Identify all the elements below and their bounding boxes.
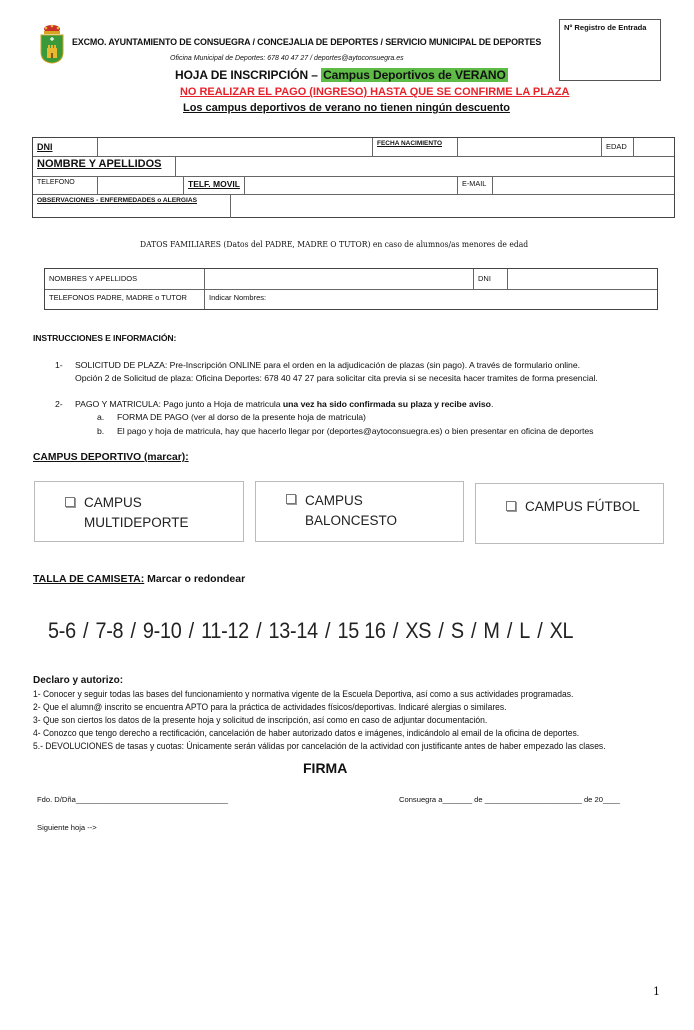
parent-dni-field[interactable] xyxy=(508,269,657,289)
size-separator: / xyxy=(438,618,443,643)
campus-option-label-line1: CAMPUS xyxy=(305,491,363,511)
declaration-item: 3- Que son ciertos los datos de la prese… xyxy=(33,715,487,725)
phone-label: TELEFONO xyxy=(33,177,79,188)
instruction-2-plain: PAGO Y MATRICULA: Pago junto a Hoja de m… xyxy=(75,399,283,409)
shirt-size-option[interactable]: 9-10 xyxy=(143,618,182,643)
page-title: HOJA DE INSCRIPCIÓN – Campus Deportivos … xyxy=(175,68,508,82)
registry-box: Nº Registro de Entrada xyxy=(559,19,661,81)
dni-label: DNI xyxy=(33,140,57,154)
phone-field[interactable] xyxy=(98,177,183,194)
shirt-size-option[interactable]: 7-8 xyxy=(95,618,123,643)
indicate-names-hint: Indicar Nombres: xyxy=(209,293,266,302)
instruction-2-text: PAGO Y MATRICULA: Pago junto a Hoja de m… xyxy=(75,399,493,409)
payment-warning: NO REALIZAR EL PAGO (INGRESO) HASTA QUE … xyxy=(180,86,569,98)
instruction-2a-letter: a. xyxy=(97,412,104,422)
shirt-size-options: 5-6/7-8/9-10/11-12/13-14/15 16/XS/S/M/L/… xyxy=(48,618,581,644)
dni-field[interactable] xyxy=(98,138,372,156)
shirt-size-option[interactable]: 13-14 xyxy=(269,618,318,643)
shirt-heading-rest: Marcar o redondear xyxy=(144,573,245,585)
declaration-item: 2- Que el alumn@ inscrito se encuentra A… xyxy=(33,702,507,712)
organization-name: EXCMO. AYUNTAMIENTO DE CONSUEGRA / CONCE… xyxy=(72,37,541,48)
parent-phones-field[interactable]: Indicar Nombres: xyxy=(205,291,657,309)
campus-option-label-line2: BALONCESTO xyxy=(305,511,397,531)
campus-option-baloncesto[interactable]: CAMPUS BALONCESTO xyxy=(255,481,464,542)
page-number: 1 xyxy=(653,985,660,998)
shirt-size-option[interactable]: XS xyxy=(405,618,431,643)
checkbox-icon[interactable] xyxy=(65,497,75,507)
shirt-size-heading: TALLA DE CAMISETA: Marcar o redondear xyxy=(33,573,245,585)
registry-label: Nº Registro de Entrada xyxy=(564,23,647,32)
family-table: NOMBRES Y APELLIDOS DNI TELEFONOS PADRE,… xyxy=(44,268,658,310)
size-separator: / xyxy=(130,618,135,643)
instruction-2-number: 2- xyxy=(55,399,63,409)
size-separator: / xyxy=(537,618,542,643)
signature-heading: FIRMA xyxy=(303,760,347,776)
office-contact: Oficina Municipal de Deportes: 678 40 47… xyxy=(170,55,404,62)
instruction-1-line2: Opción 2 de Solicitud de plaza: Oficina … xyxy=(75,373,598,383)
next-page-note: Siguiente hoja --> xyxy=(37,823,97,832)
instruction-2-end: . xyxy=(491,399,493,409)
no-discount-notice: Los campus deportivos de verano no tiene… xyxy=(183,102,510,114)
birth-date-label: FECHA NACIMIENTO xyxy=(373,138,446,149)
birth-date-field[interactable] xyxy=(458,138,601,156)
declaration-item: 1- Conocer y seguir todas las bases del … xyxy=(33,689,573,699)
age-label: EDAD xyxy=(602,140,631,153)
student-table: DNI FECHA NACIMIENTO EDAD NOMBRE Y APELL… xyxy=(32,137,675,218)
checkbox-icon[interactable] xyxy=(506,501,516,511)
size-separator: / xyxy=(325,618,330,643)
parent-dni-label: DNI xyxy=(474,272,495,285)
signed-by-field[interactable]: Fdo. D/Dña______________________________… xyxy=(37,795,228,804)
instruction-2-bold: una vez ha sido confirmada su plaza y re… xyxy=(283,399,491,409)
campus-option-multideporte[interactable]: CAMPUS MULTIDEPORTE xyxy=(34,481,244,542)
instruction-2b-letter: b. xyxy=(97,426,104,436)
shirt-heading-underlined: TALLA DE CAMISETA: xyxy=(33,573,144,585)
instruction-1-number: 1- xyxy=(55,360,63,370)
mobile-label: TELF. MOVIL xyxy=(184,177,244,191)
instructions-heading: INSTRUCCIONES E INFORMACIÓN: xyxy=(33,333,176,343)
place-date-field[interactable]: Consuegra a_______ de __________________… xyxy=(399,795,620,804)
parent-names-label: NOMBRES Y APELLIDOS xyxy=(45,272,141,285)
campus-option-label-line1: CAMPUS FÚTBOL xyxy=(525,497,640,517)
parent-names-field[interactable] xyxy=(205,269,473,289)
email-label: E-MAIL xyxy=(458,177,490,190)
campus-option-futbol[interactable]: CAMPUS FÚTBOL xyxy=(475,483,664,544)
shirt-size-option[interactable]: 5-6 xyxy=(48,618,76,643)
size-separator: / xyxy=(256,618,261,643)
observations-field[interactable] xyxy=(231,195,674,218)
shirt-size-option[interactable]: 15 16 xyxy=(337,618,385,643)
declaration-item: 4- Conozco que tengo derecho a rectifica… xyxy=(33,728,579,738)
declaration-item: 5.- DEVOLUCIONES de tasas y cuotas: Únic… xyxy=(33,741,606,751)
size-separator: / xyxy=(507,618,512,643)
title-prefix: HOJA DE INSCRIPCIÓN – xyxy=(175,68,321,82)
full-name-label: NOMBRE Y APELLIDOS xyxy=(33,157,165,172)
full-name-field[interactable] xyxy=(176,157,674,176)
email-field[interactable] xyxy=(493,177,674,194)
campus-option-label-line2: MULTIDEPORTE xyxy=(84,513,189,533)
campus-heading: CAMPUS DEPORTIVO (marcar): xyxy=(33,452,189,463)
instruction-1-line1: SOLICITUD DE PLAZA: Pre-Inscripción ONLI… xyxy=(75,360,580,370)
parent-phones-label: TELEFONOS PADRE, MADRE o TUTOR xyxy=(45,291,191,304)
shirt-size-option[interactable]: S xyxy=(451,618,464,643)
coat-of-arms-icon xyxy=(38,24,66,64)
instruction-2b-text: El pago y hoja de matricula, hay que hac… xyxy=(117,426,593,436)
mobile-field[interactable] xyxy=(245,177,457,194)
shirt-size-option[interactable]: XL xyxy=(550,618,574,643)
observations-label: OBSERVACIONES - ENFERMEDADES o ALERGIAS xyxy=(33,195,201,206)
shirt-size-option[interactable]: L xyxy=(519,618,530,643)
title-highlight: Campus Deportivos de VERANO xyxy=(321,68,508,82)
family-heading: DATOS FAMILIARES (Datos del PADRE, MADRE… xyxy=(140,240,528,249)
age-field[interactable] xyxy=(634,138,674,156)
size-separator: / xyxy=(471,618,476,643)
size-separator: / xyxy=(393,618,398,643)
checkbox-icon[interactable] xyxy=(286,494,296,504)
size-separator: / xyxy=(189,618,194,643)
declaration-heading: Declaro y autorizo: xyxy=(33,675,123,686)
campus-option-label-line1: CAMPUS xyxy=(84,493,142,513)
shirt-size-option[interactable]: M xyxy=(483,618,499,643)
shirt-size-option[interactable]: 11-12 xyxy=(201,618,249,643)
size-separator: / xyxy=(83,618,88,643)
instruction-2a-text: FORMA DE PAGO (ver al dorso de la presen… xyxy=(117,412,366,422)
